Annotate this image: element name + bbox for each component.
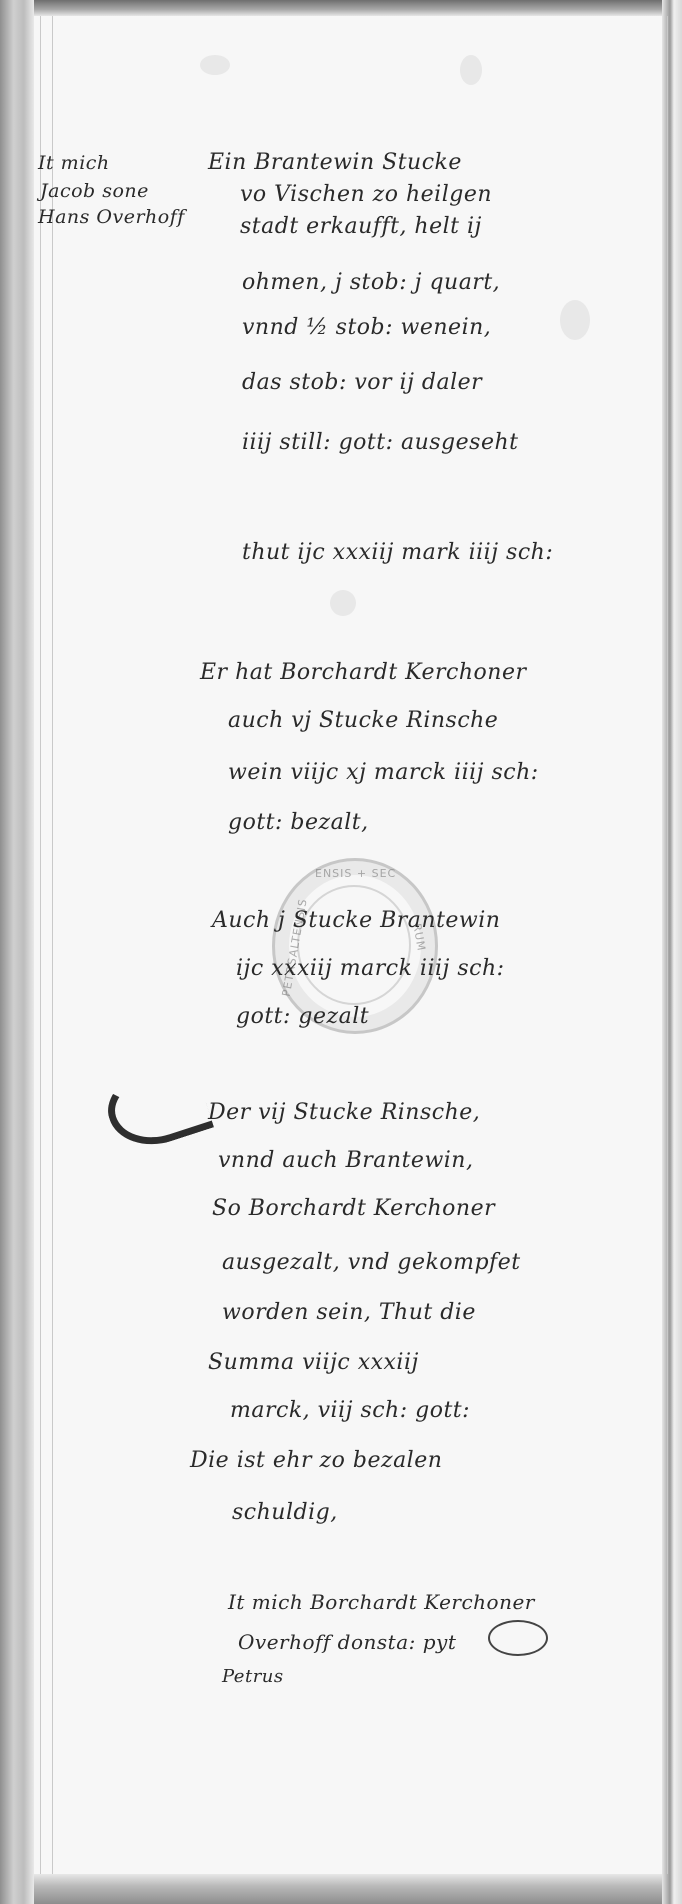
page-bottom-edge: [0, 1874, 682, 1904]
entry-line: ausgezalt, vnd gekompfet: [222, 1250, 521, 1275]
gutter-line: [667, 16, 668, 1874]
entry-line: Ein Brantewin Stucke: [208, 150, 462, 175]
entry-line: Auch j Stucke Brantewin: [212, 908, 500, 933]
manuscript-page: It mich Jacob sone Hans Overhoff Ein Bra…: [0, 0, 682, 1904]
gutter-line: [52, 16, 53, 1874]
paper-stain: [200, 55, 230, 75]
entry-line: das stob: vor ij daler: [242, 370, 482, 395]
entry-line: Er hat Borchardt Kerchoner: [200, 660, 526, 685]
paper-stain: [460, 55, 482, 85]
entry-line: worden sein, Thut die: [222, 1300, 476, 1325]
entry-total: thut ijc xxxiij mark iiij sch:: [242, 540, 553, 565]
entry-line: vnnd ½ stob: wenein,: [242, 315, 491, 340]
circled-note: [488, 1620, 548, 1656]
entry-line: So Borchardt Kerchoner: [212, 1196, 495, 1221]
entry-line: It mich Borchardt Kerchoner: [228, 1590, 535, 1614]
entry-line: ijc xxxiij marck iiij sch:: [236, 956, 505, 981]
seal-text-top: ENSIS + SEC: [315, 867, 396, 880]
entry-line: Overhoff donsta: pyt: [238, 1630, 456, 1654]
margin-note-line: Hans Overhoff: [38, 206, 185, 228]
entry-line: vnnd auch Brantewin,: [218, 1148, 473, 1173]
entry-line: stadt erkaufft, helt ij: [240, 214, 482, 239]
entry-line: iiij still: gott: ausgeseht: [242, 430, 518, 455]
flourished-initial: [99, 1057, 214, 1157]
entry-line: schuldig,: [232, 1500, 338, 1525]
seal-inner-ring: [297, 885, 411, 1005]
margin-note-line: Jacob sone: [40, 180, 149, 202]
entry-line: Petrus: [222, 1666, 284, 1687]
entry-line: Die ist ehr zo bezalen: [190, 1448, 442, 1473]
page-top-edge: [0, 0, 682, 16]
entry-line: vo Vischen zo heilgen: [240, 182, 492, 207]
entry-line: Der vij Stucke Rinsche,: [208, 1100, 480, 1125]
entry-line: wein viijc xj marck iiij sch:: [228, 760, 539, 785]
page-right-edge: [662, 0, 682, 1904]
paper-stain: [330, 590, 356, 616]
entry-line: auch vj Stucke Rinsche: [228, 708, 498, 733]
margin-note-line: It mich: [38, 152, 110, 174]
paper-stain: [560, 300, 590, 340]
entry-line: ohmen, j stob: j quart,: [242, 270, 500, 295]
entry-line: marck, viij sch: gott:: [230, 1398, 470, 1423]
entry-line: gott: gezalt: [236, 1004, 369, 1029]
gutter-line: [40, 16, 41, 1874]
binding-left-edge: [0, 0, 34, 1904]
entry-line: Summa viijc xxxiij: [208, 1350, 419, 1375]
entry-line: gott: bezalt,: [228, 810, 369, 835]
